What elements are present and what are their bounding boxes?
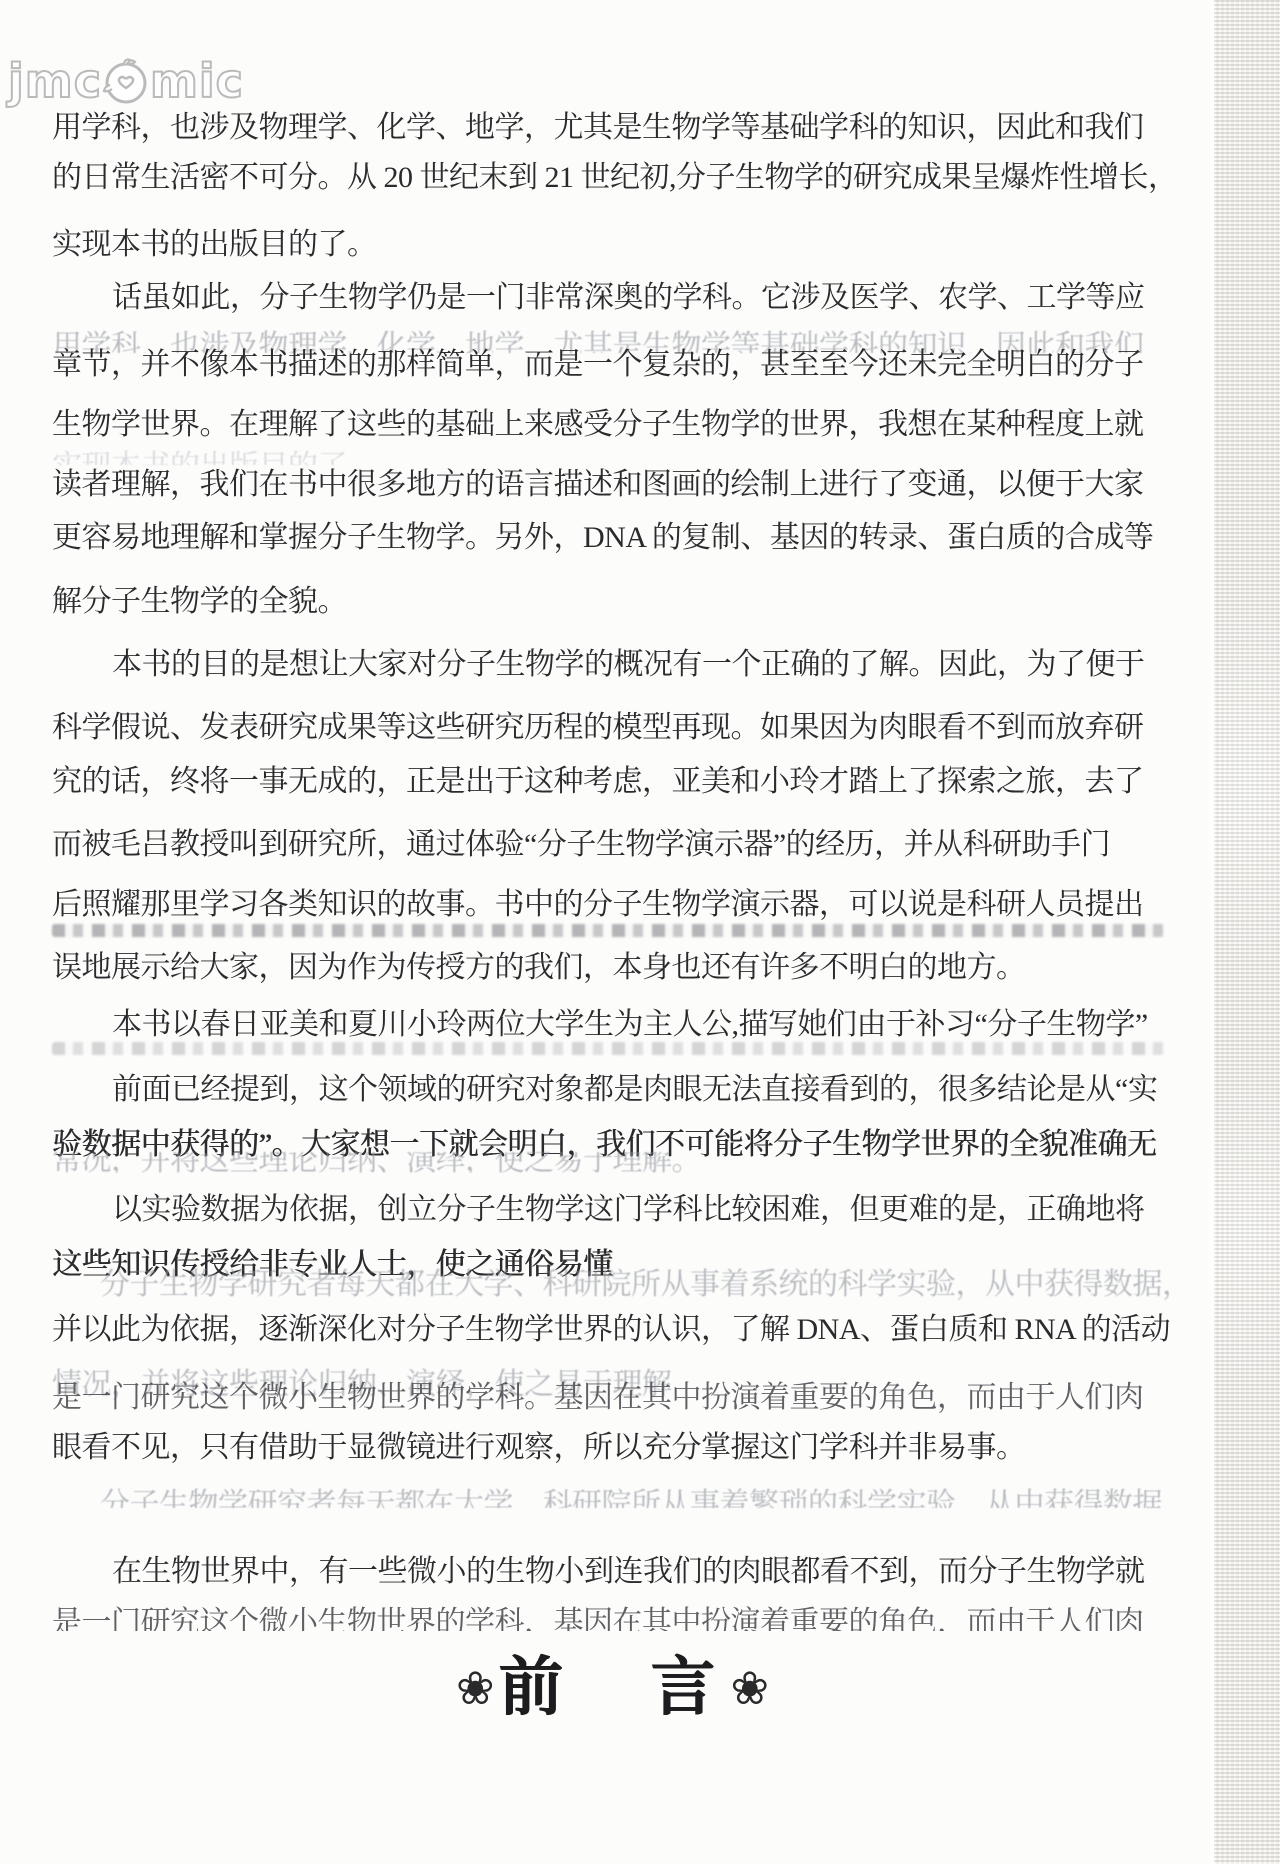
title-text: 前 言 xyxy=(499,1636,727,1728)
scanned-book-page: jmc mic 用学科，也涉及物理学、化学、地学，尤其是生物学等基础学科的知识，… xyxy=(0,0,1280,1864)
text-line: 更容易地理解和掌握分子生物学。另外，DNA 的复制、基因的转录、蛋白质的合成等 xyxy=(52,521,1153,555)
text-line: 用学科，也涉及物理学、化学、地学，尤其是生物学等基础学科的知识，因此和我们 xyxy=(52,111,1144,145)
ghost-text-line: 分子生物学研究者每天都在大学、科研院所从事着系统的科学实验，从中获得数据， xyxy=(100,1268,1192,1302)
illegible-overprint xyxy=(52,924,1164,937)
text-line: 而被毛吕教授叫到研究所，通过体验“分子生物学演示器”的经历，并从科研助手门 xyxy=(52,828,1110,862)
cutoff-text-line: 是一门研究这个微小生物世界的学科，基因在其中扮演着重要的角色，而由于人们肉 xyxy=(52,1606,1144,1631)
text-line: 是一门研究这个微小生物世界的学科。基因在其中扮演着重要的角色，而由于人们肉 xyxy=(52,1381,1144,1415)
watermark: jmc mic xyxy=(8,54,244,108)
text-line: 究的话，终将一事无成的，正是出于这种考虑，亚美和小玲才踏上了探索之旅，去了 xyxy=(52,765,1144,799)
text-line: 科学假说、发表研究成果等这些研究历程的模型再现。如果因为肉眼看不到而放弃研 xyxy=(52,711,1144,745)
watermark-text-suffix: mic xyxy=(150,54,244,108)
text-line: 生物学世界。在理解了这些的基础上来感受分子生物学的世界，我想在某种程度上就 xyxy=(52,408,1144,442)
flower-ornament-right-icon: ❀ xyxy=(731,1666,770,1712)
text-line: 章节，并不像本书描述的那样简单，而是一个复杂的，甚至至今还未完全明白的分子 xyxy=(52,348,1144,382)
text-line: 的日常生活密不可分。从 20 世纪末到 21 世纪初,分子生物学的研究成果呈爆炸… xyxy=(52,161,1178,195)
text-line: 实现本书的出版目的了。 xyxy=(52,228,377,262)
illegible-overprint xyxy=(52,1042,1164,1055)
ghost-text-line: 分子生物学研究者每天都在大学、科研院所从事着繁琐的科学实验，从中获得数据 xyxy=(100,1488,1162,1508)
bird-logo-icon xyxy=(104,57,148,105)
flower-ornament-left-icon: ❀ xyxy=(456,1666,495,1712)
text-line: 本书的目的是想让大家对分子生物学的概况有一个正确的了解。因此，为了便于 xyxy=(112,648,1145,682)
text-line: 以实验数据为依据，创立分子生物学这门学科比较困难，但更难的是，正确地将 xyxy=(112,1193,1145,1227)
ghost-text-line: 常况，并将这些理论归纳、演绎，使之易于理解。 xyxy=(52,1152,701,1173)
page-edge-texture xyxy=(1214,0,1280,1864)
text-line: 误地展示给大家，因为作为传授方的我们，本身也还有许多不明白的地方。 xyxy=(52,951,1026,985)
text-line: 前面已经提到，这个领域的研究对象都是肉眼无法直接看到的，很多结论是从“实 xyxy=(112,1073,1157,1107)
text-line: 本书以春日亚美和夏川小玲两位大学生为主人公,描写她们由于补习“分子生物学” xyxy=(112,1008,1148,1042)
page-title: ❀ 前 言 ❀ xyxy=(452,1636,773,1728)
watermark-text-prefix: jmc xyxy=(8,54,102,108)
text-line: 读者理解，我们在书中很多地方的语言描述和图画的绘制上进行了变通，以便于大家 xyxy=(52,468,1144,502)
ghost-text-line: 实现本书的出版目的了。 xyxy=(52,450,377,465)
text-line: 后照耀那里学习各类知识的故事。书中的分子生物学演示器，可以说是科研人员提出 xyxy=(52,888,1144,922)
text-line: 眼看不见，只有借助于显微镜进行观察，所以充分掌握这门学科并非易事。 xyxy=(52,1431,1026,1465)
text-line: 话虽如此，分子生物学仍是一门非常深奥的学科。它涉及医学、农学、工学等应 xyxy=(112,281,1145,315)
text-line: 在生物世界中，有一些微小的生物小到连我们的肉眼都看不到，而分子生物学就 xyxy=(112,1555,1145,1589)
text-line: 解分子生物学的全貌。 xyxy=(52,585,347,619)
text-line: 并以此为依据，逐渐深化对分子生物学世界的认识，了解 DNA、蛋白质和 RNA 的… xyxy=(52,1313,1170,1347)
